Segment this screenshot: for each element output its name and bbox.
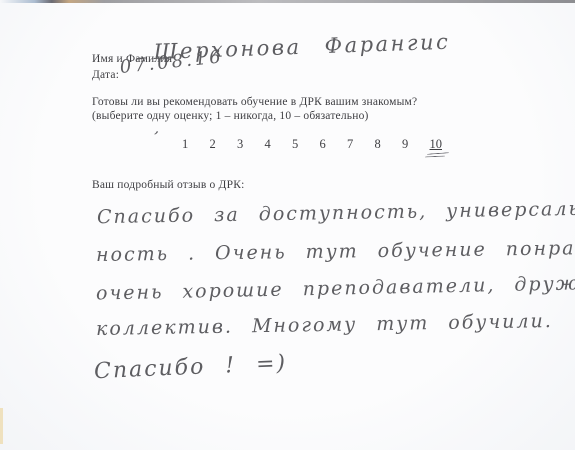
scanned-feedback-form: Имя и Фамилия Шерхонова Фарангис Дата: 0…	[0, 0, 575, 450]
rating-option-10-value: 10	[430, 137, 443, 151]
date-value-handwritten: 07.08.16	[119, 46, 225, 78]
rating-option-7: 7	[347, 137, 353, 152]
selected-rating-underline	[426, 152, 448, 155]
rating-option-3: 3	[237, 137, 243, 152]
rating-option-9: 9	[402, 137, 408, 152]
rating-option-6: 6	[320, 137, 326, 152]
rating-scale: 1 2 3 4 5 6 7 8 9 10	[182, 137, 442, 159]
rating-option-1: 1	[182, 137, 188, 152]
rating-option-2: 2	[210, 137, 216, 152]
review-label: Ваш подробный отзыв о ДРК:	[92, 178, 244, 192]
review-line: Спасибо ! =)	[94, 351, 288, 384]
selected-rating-underline	[424, 155, 444, 157]
rating-option-4: 4	[265, 137, 271, 152]
rating-option-5: 5	[292, 137, 298, 152]
review-line: очень хорошие преподаватели, дружный	[96, 271, 575, 304]
date-label: Дата:	[92, 68, 119, 82]
scan-artifact-left-smudge	[0, 408, 3, 444]
review-line: коллектив. Многому тут обучили.	[96, 310, 553, 340]
handwritten-tick-mark: ’	[151, 128, 159, 147]
rating-option-8: 8	[375, 137, 381, 152]
review-line: ность . Очень тут обучение понравилась,	[96, 236, 575, 266]
question-hint: (выберите одну оценку; 1 – никогда, 10 –…	[92, 109, 369, 123]
question-text: Готовы ли вы рекомендовать обучение в ДР…	[92, 95, 417, 109]
review-line: Спасибо за доступность, универсаль	[97, 198, 575, 228]
rating-option-10-selected: 10	[430, 137, 443, 152]
scan-artifact-top-line	[0, 0, 575, 3]
